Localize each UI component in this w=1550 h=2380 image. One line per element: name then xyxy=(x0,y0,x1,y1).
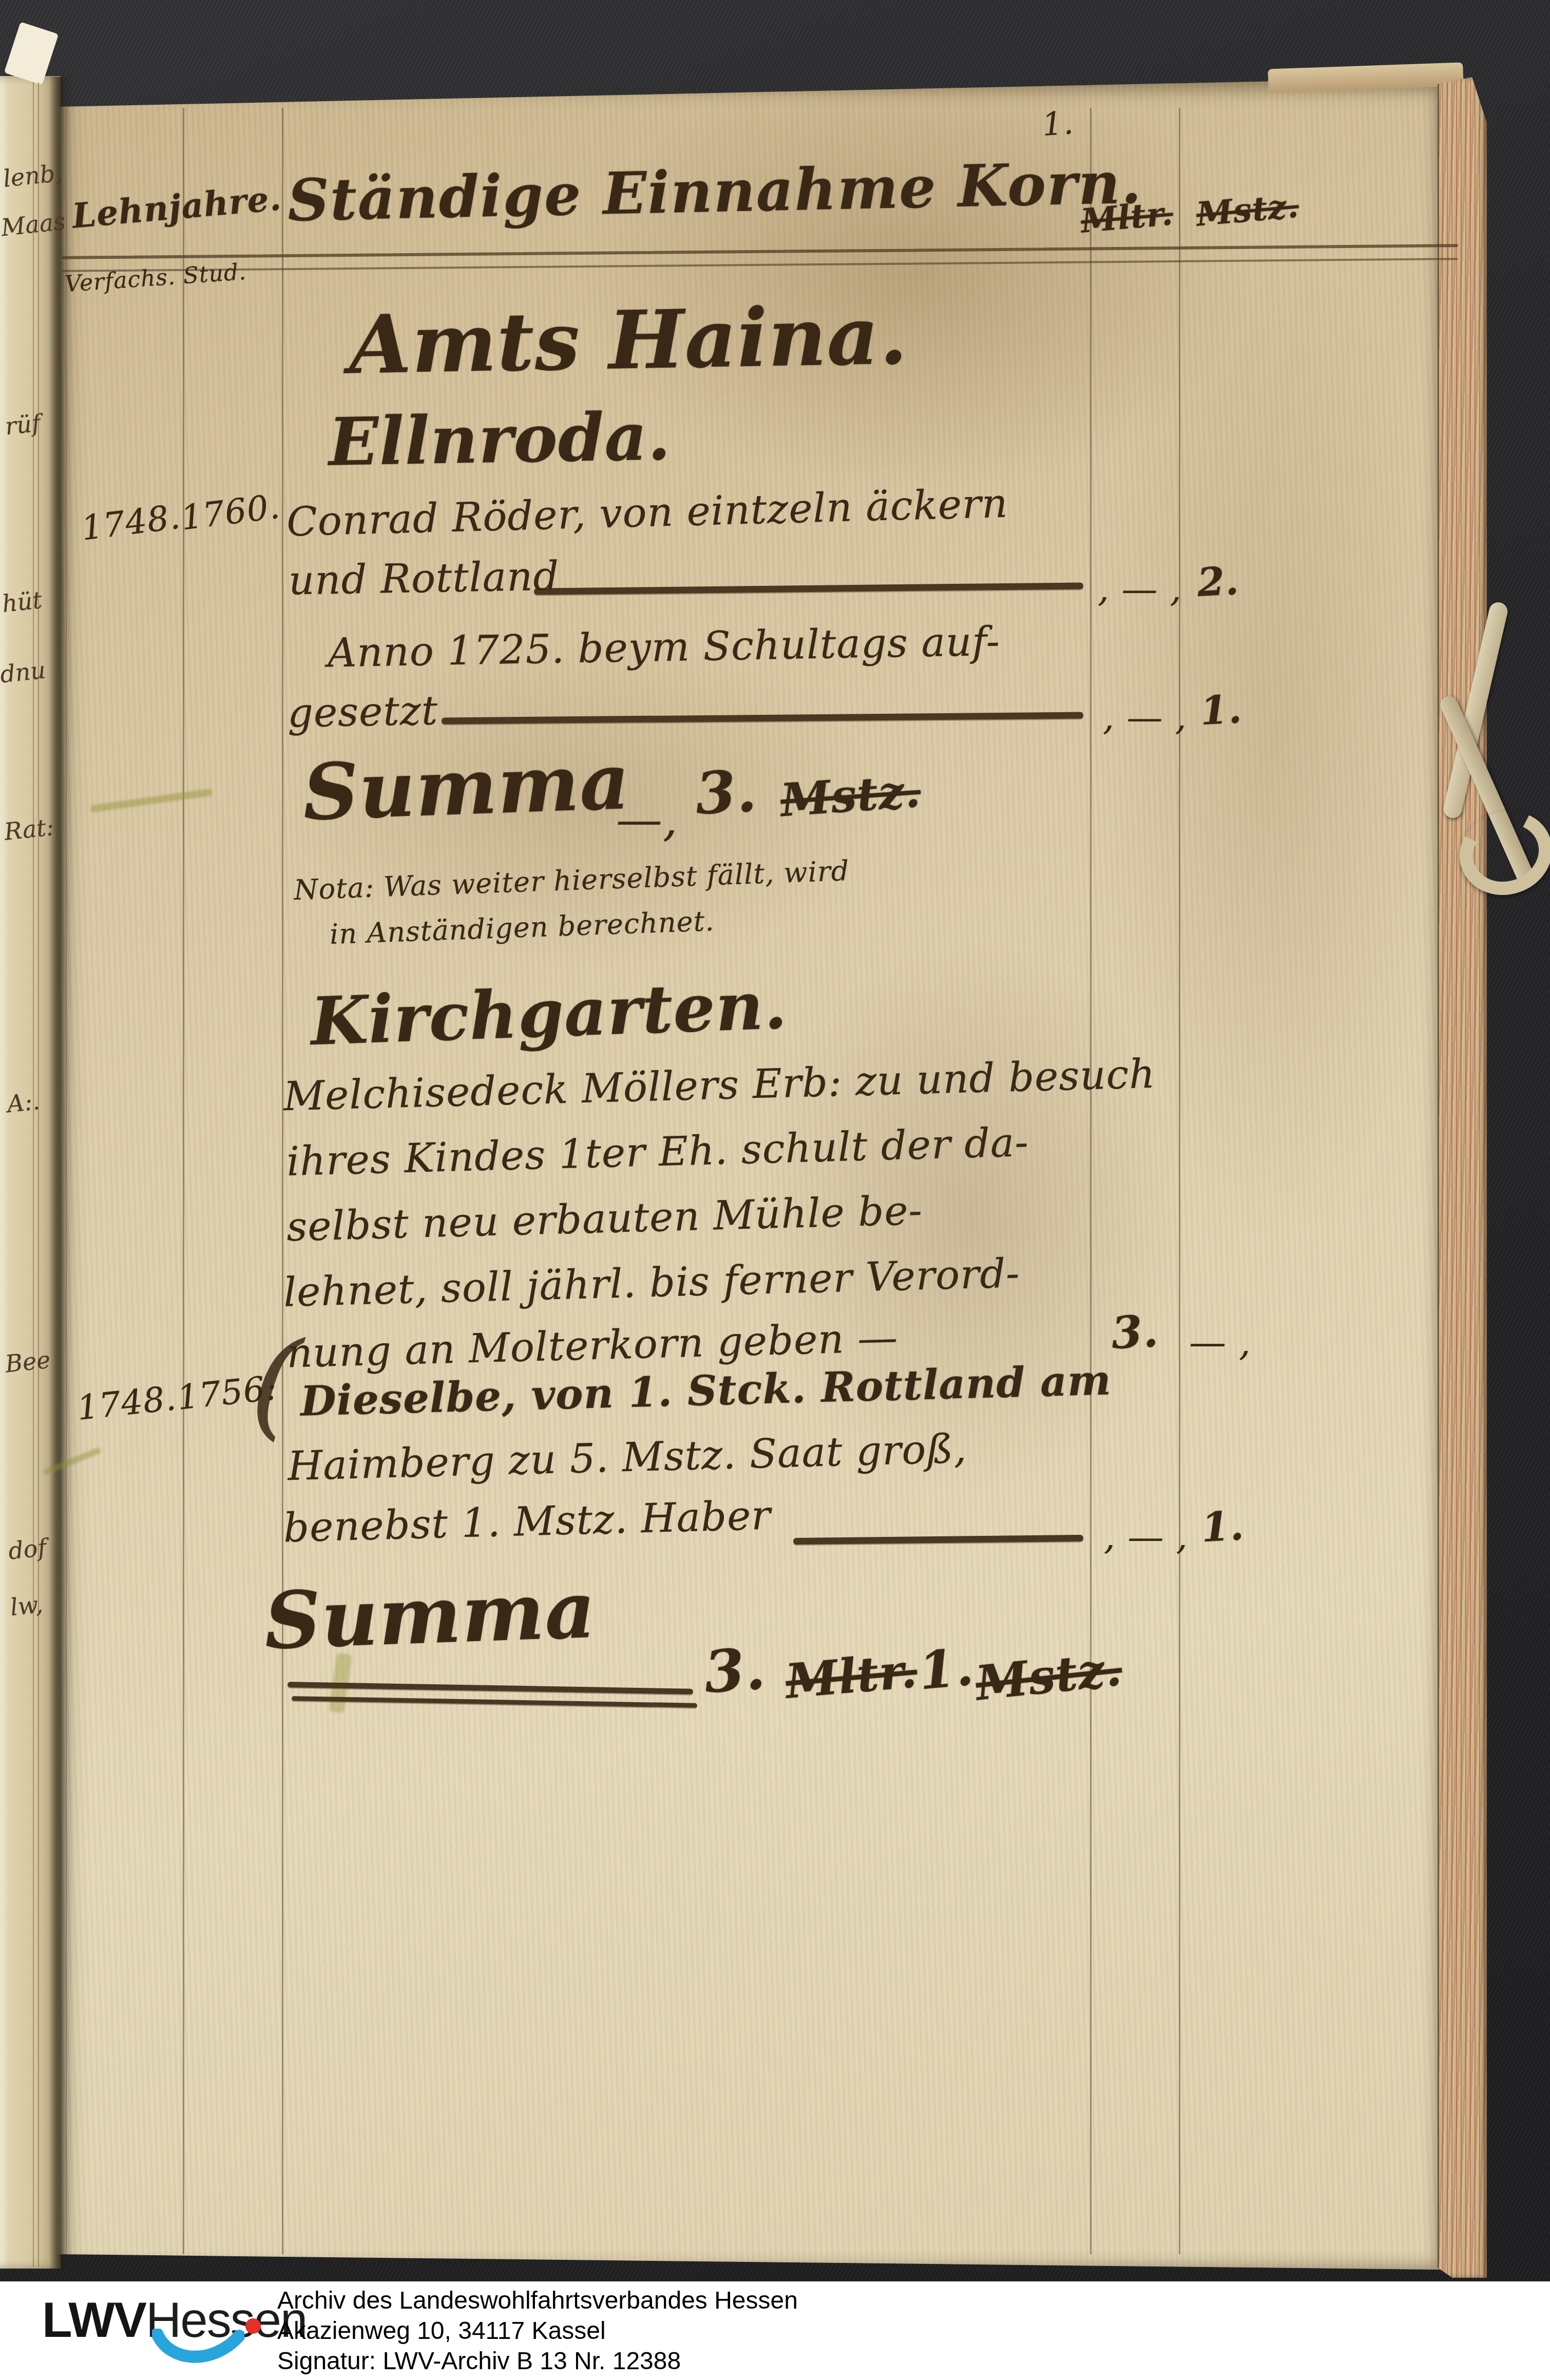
ruled-line-vertical xyxy=(1090,108,1092,2254)
kirchgarten-row-mstz: — , xyxy=(1189,1324,1251,1361)
edge-fragment: Bee xyxy=(4,1346,51,1378)
page-title: Ständige Einnahme Korn. xyxy=(287,155,1143,230)
edge-fragment: A:. xyxy=(6,1087,41,1118)
book-gutter-shadow xyxy=(49,77,73,2270)
summa1-label: Summa xyxy=(302,743,632,831)
summa1-dash: —, xyxy=(616,797,678,843)
ruled-line-vertical xyxy=(33,82,34,2267)
ruled-line-vertical xyxy=(38,82,39,2267)
summa1-value: 3. xyxy=(694,763,758,823)
book-scan: lenb, Maas rüf hüt dnu Rat: A:. Bee dof … xyxy=(0,0,1550,2380)
logo-bold-text: LWV xyxy=(42,2293,146,2348)
ruled-line-vertical xyxy=(183,108,184,2254)
entry1-line4: gesetzt xyxy=(287,691,438,733)
summa2-value2: 1. xyxy=(917,1641,976,1697)
entry2-line3: benebst 1. Mstz. Haber xyxy=(283,1496,771,1549)
edge-fragment: dnu xyxy=(0,656,47,689)
edge-fragment: dof xyxy=(7,1533,47,1565)
manuscript-page xyxy=(58,78,1440,2270)
entry1-line3: Anno 1725. beym Schultags auf- xyxy=(327,622,1000,674)
entry2-row-mltr: , — , xyxy=(1104,1519,1188,1555)
edge-fragment: hüt xyxy=(1,586,43,618)
book-fore-edge xyxy=(1438,77,1487,2278)
entry1-line2: und Rottland xyxy=(288,556,559,601)
edge-fragment: Rat: xyxy=(3,813,55,846)
archive-name: Archiv des Landeswohlfahrtsverbandes Hes… xyxy=(277,2286,798,2316)
summa2-unit1: Mltr. xyxy=(783,1647,918,1705)
entry1-row2-mstz: 1. xyxy=(1199,690,1243,731)
entry1-row1-mltr: , — , xyxy=(1098,571,1182,607)
entry2-row-mstz: 1. xyxy=(1200,1506,1245,1548)
ruled-line-vertical xyxy=(1179,108,1180,2254)
folio-number: 1. xyxy=(1041,107,1075,141)
ruled-line-vertical xyxy=(282,108,283,2254)
summa2-label: Summa xyxy=(263,1571,597,1660)
archive-signature: Signatur: LWV-Archiv B 13 Nr. 12388 xyxy=(277,2346,798,2376)
village-heading: Ellnroda. xyxy=(328,404,672,475)
amt-heading: Amts Haina. xyxy=(349,296,908,386)
archive-footer: LWVHessen Archiv des Landeswohlfahrtsver… xyxy=(0,2281,1550,2380)
logo-swoosh-icon xyxy=(152,2329,244,2372)
entry1-row1-mstz: 2. xyxy=(1196,561,1240,602)
archive-street: Akazienweg 10, 34117 Kassel xyxy=(277,2316,798,2346)
column-header-mstz: Mstz. xyxy=(1195,189,1300,231)
kirchgarten-heading: Kirchgarten. xyxy=(310,973,788,1055)
entry2-year-start: 1748. xyxy=(75,1381,178,1425)
ruled-line-vertical xyxy=(66,108,67,2254)
summa1-unit: Mstz. xyxy=(779,768,922,823)
column-header-mltr: Mltr. xyxy=(1080,197,1175,238)
kirchgarten-row-mltr: 3. xyxy=(1111,1309,1160,1356)
edge-fragment: rüf xyxy=(4,409,42,441)
entry1-row2-mltr: , — , xyxy=(1103,699,1187,735)
archive-address-block: Archiv des Landeswohlfahrtsverbandes Hes… xyxy=(277,2286,798,2376)
summa2-unit2: Mstz. xyxy=(973,1645,1124,1707)
summa2-value1: 3. xyxy=(702,1640,767,1702)
logo-red-dot-icon xyxy=(245,2318,261,2334)
